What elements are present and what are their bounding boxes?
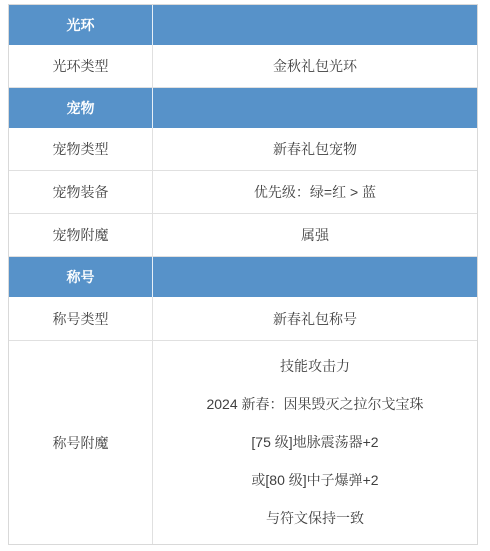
row-title-enchant: 称号附魔 技能攻击力 2024 新春：因果毁灭之拉尔戈宝珠 [75 级]地脉震荡… xyxy=(9,341,477,544)
section-header-aura: 光环 xyxy=(9,5,477,45)
section-header-title: 称号 xyxy=(9,257,477,297)
section-header-aura-value xyxy=(153,5,477,45)
title-enchant-line-3: [75 级]地脉震荡器+2 xyxy=(251,434,378,451)
row-title-type: 称号类型 新春礼包称号 xyxy=(9,297,477,341)
pet-enchant-label: 宠物附魔 xyxy=(9,214,153,256)
title-enchant-value: 技能攻击力 2024 新春：因果毁灭之拉尔戈宝珠 [75 级]地脉震荡器+2 或… xyxy=(153,341,477,544)
row-pet-equipment: 宠物装备 优先级：绿=红 > 蓝 xyxy=(9,171,477,214)
section-header-title-value xyxy=(153,257,477,297)
title-type-label: 称号类型 xyxy=(9,297,153,340)
title-enchant-line-5: 与符文保持一致 xyxy=(266,510,364,527)
row-pet-enchant: 宠物附魔 属强 xyxy=(9,214,477,257)
row-pet-type: 宠物类型 新春礼包宠物 xyxy=(9,128,477,171)
title-enchant-line-2: 2024 新春：因果毁灭之拉尔戈宝珠 xyxy=(206,396,423,413)
title-enchant-line-4: 或[80 级]中子爆弹+2 xyxy=(251,472,378,489)
row-aura-type: 光环类型 金秋礼包光环 xyxy=(9,45,477,88)
aura-type-value: 金秋礼包光环 xyxy=(153,45,477,87)
title-enchant-label: 称号附魔 xyxy=(9,341,153,544)
pet-equipment-label: 宠物装备 xyxy=(9,171,153,213)
equipment-guide-table: 光环 光环类型 金秋礼包光环 宠物 宠物类型 新春礼包宠物 宠物装备 优先级：绿… xyxy=(8,4,478,545)
pet-enchant-value: 属强 xyxy=(153,214,477,256)
section-header-pet: 宠物 xyxy=(9,88,477,128)
pet-equipment-value: 优先级：绿=红 > 蓝 xyxy=(153,171,477,213)
aura-type-label: 光环类型 xyxy=(9,45,153,87)
title-enchant-line-1: 技能攻击力 xyxy=(280,358,350,375)
section-header-pet-label: 宠物 xyxy=(9,88,153,128)
title-type-value: 新春礼包称号 xyxy=(153,297,477,340)
section-header-title-label: 称号 xyxy=(9,257,153,297)
section-header-pet-value xyxy=(153,88,477,128)
pet-type-value: 新春礼包宠物 xyxy=(153,128,477,170)
section-header-aura-label: 光环 xyxy=(9,5,153,45)
pet-type-label: 宠物类型 xyxy=(9,128,153,170)
